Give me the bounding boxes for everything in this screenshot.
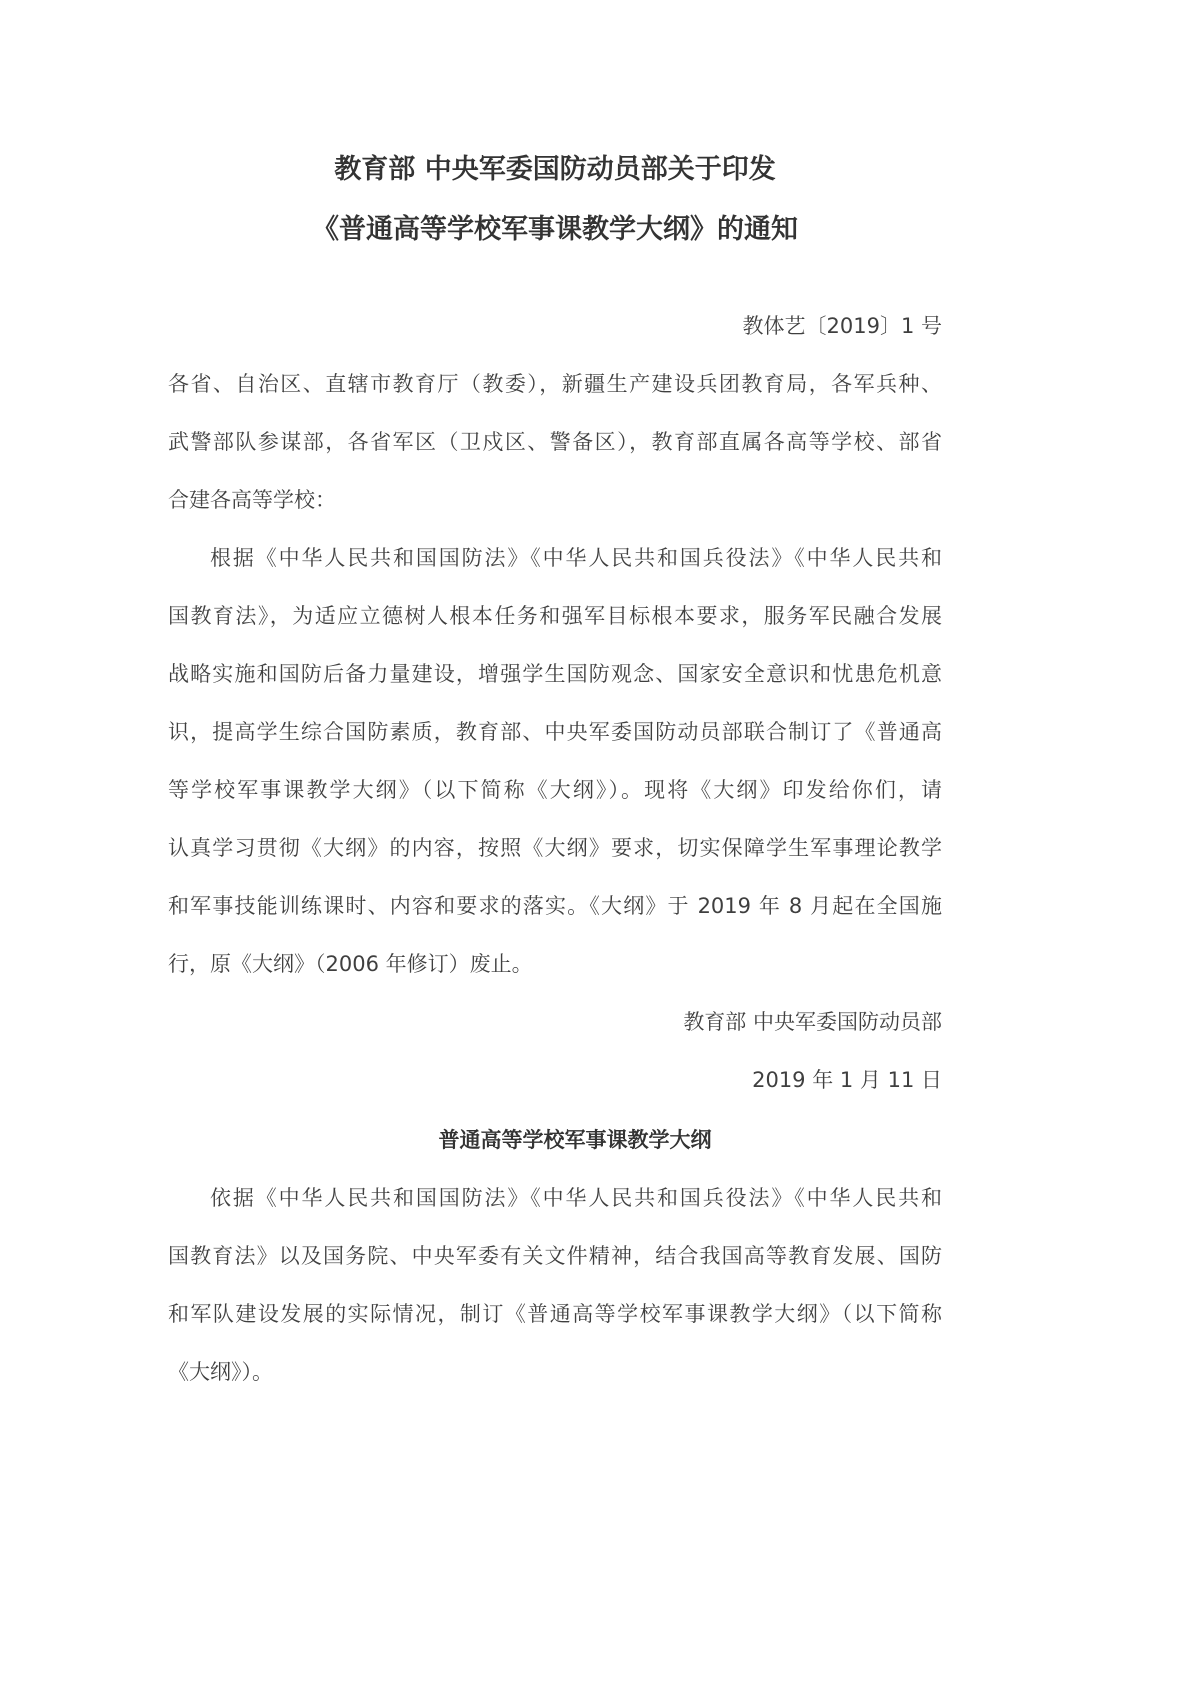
- document-number: 教体艺〔2019〕1 号: [168, 310, 942, 340]
- outline-line: 依据《中华人民共和国国防法》《中华人民共和国兵役法》《中华人民共和: [168, 1182, 942, 1212]
- body-line: 根据《中华人民共和国国防法》《中华人民共和国兵役法》《中华人民共和: [168, 542, 942, 572]
- outline-line: 国教育法》以及国务院、中央军委有关文件精神，结合我国高等教育发展、国防: [168, 1240, 942, 1270]
- date: 2019 年 1 月 11 日: [168, 1064, 942, 1094]
- document-title-line-2: 《普通高等学校军事课教学大纲》的通知: [0, 207, 1110, 246]
- body-line: 识，提高学生综合国防素质，教育部、中央军委国防动员部联合制订了《普通高: [168, 716, 942, 746]
- document-title-line-1: 教育部 中央军委国防动员部关于印发: [0, 147, 1110, 186]
- body-line: 行，原《大纲》（2006 年修订）废止。: [168, 948, 942, 978]
- addressee-line: 各省、自治区、直辖市教育厅（教委），新疆生产建设兵团教育局，各军兵种、: [168, 368, 942, 398]
- body-line: 和军事技能训练课时、内容和要求的落实。《大纲》于 2019 年 8 月起在全国施: [168, 890, 942, 920]
- body-line: 等学校军事课教学大纲》（以下简称《大纲》）。现将《大纲》印发给你们，请: [168, 774, 942, 804]
- outline-line: 和军队建设发展的实际情况，制订《普通高等学校军事课教学大纲》（以下简称: [168, 1298, 942, 1328]
- body-line: 战略实施和国防后备力量建设，增强学生国防观念、国家安全意识和忧患危机意: [168, 658, 942, 688]
- body-line: 国教育法》，为适应立德树人根本任务和强军目标根本要求，服务军民融合发展: [168, 600, 942, 630]
- body-line: 认真学习贯彻《大纲》的内容，按照《大纲》要求，切实保障学生军事理论教学: [168, 832, 942, 862]
- signature: 教育部 中央军委国防动员部: [168, 1006, 942, 1036]
- addressee-line: 合建各高等学校：: [168, 484, 942, 514]
- addressee-line: 武警部队参谋部，各省军区（卫戍区、警备区），教育部直属各高等学校、部省: [168, 426, 942, 456]
- outline-line: 《大纲》）。: [168, 1356, 942, 1386]
- document-page: 教育部 中央军委国防动员部关于印发 《普通高等学校军事课教学大纲》的通知 教体艺…: [0, 0, 1191, 1684]
- outline-title: 普通高等学校军事课教学大纲: [0, 1124, 1150, 1154]
